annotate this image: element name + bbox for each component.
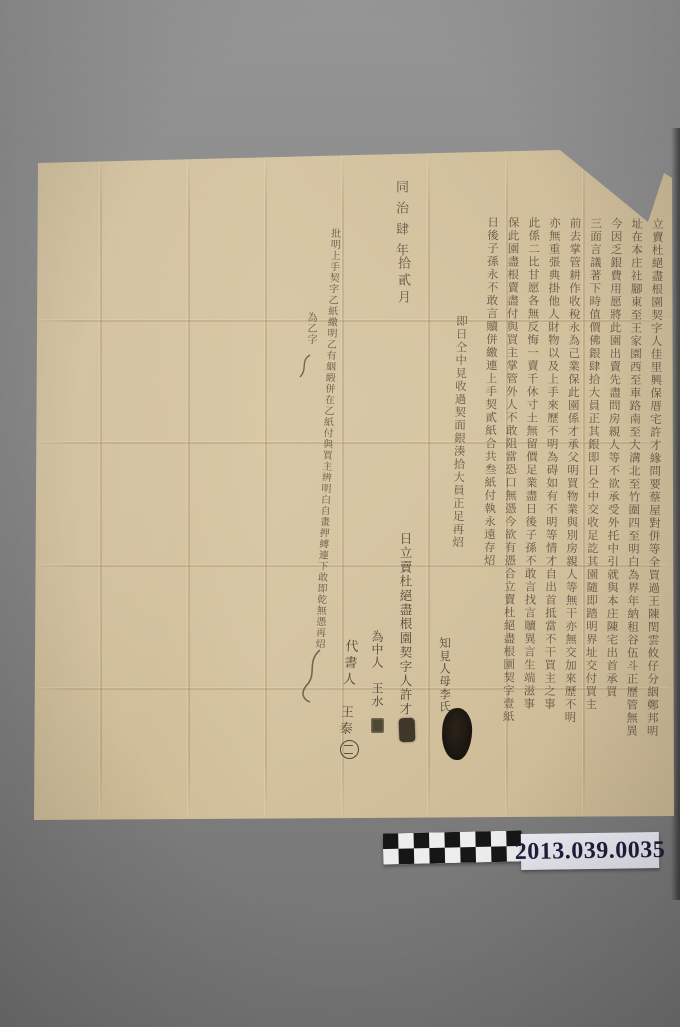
- catalog-number-text: 2013.039.0035: [515, 836, 666, 865]
- seller-seal: [399, 718, 416, 743]
- catalog-number-label: 2013.039.0035: [521, 832, 659, 870]
- signature-scribe: 代書人 王泰: [334, 638, 360, 738]
- middleman-seal: [371, 718, 384, 733]
- document-paper: 立賣杜絕盡根園契字人佳里興保厝宅許才緣問要蔡屋對併等全買過王陳閏雲攸仔分絪鄭邦明…: [28, 148, 675, 822]
- fold-crease-vertical: [188, 156, 190, 816]
- fold-crease-vertical: [265, 156, 267, 816]
- scribe-seal: [340, 740, 359, 759]
- signature-middleman: 為中人 王水: [369, 630, 386, 708]
- date-era-column: 同治肆年: [391, 180, 410, 264]
- contract-main-text: 立賣杜絕盡根園契字人佳里興保厝宅許才緣問要蔡屋對併等全買過王陳閏雲攸仔分絪鄭邦明…: [476, 216, 668, 753]
- annotation-column: 批明上手契字乙紙繳明乙有絪緞併在乙紙付與買主辨明白自畫押縛連下敢即乾無憑再炤: [311, 228, 342, 650]
- flourish-mark: [296, 353, 314, 379]
- color-calibration-bar: [383, 830, 523, 864]
- signature-witness: 知見人母李氏: [437, 637, 453, 713]
- annotation-tail-column: 為乙字: [303, 312, 318, 345]
- signature-seller: 日立賣杜絕盡根園契字人許才: [396, 532, 414, 717]
- witness-ink-seal: [441, 707, 474, 760]
- fold-crease-vertical: [100, 156, 102, 816]
- receipt-note-column: 即日仝中見收過契面銀湊拾大員正足再炤: [450, 315, 470, 549]
- date-month-column: 拾貳月: [393, 256, 412, 307]
- fold-crease-vertical: [428, 156, 430, 816]
- archival-photograph: 立賣杜絕盡根園契字人佳里興保厝宅許才緣問要蔡屋對併等全買過王陳閏雲攸仔分絪鄭邦明…: [0, 0, 680, 1027]
- flourish-mark: [296, 648, 326, 704]
